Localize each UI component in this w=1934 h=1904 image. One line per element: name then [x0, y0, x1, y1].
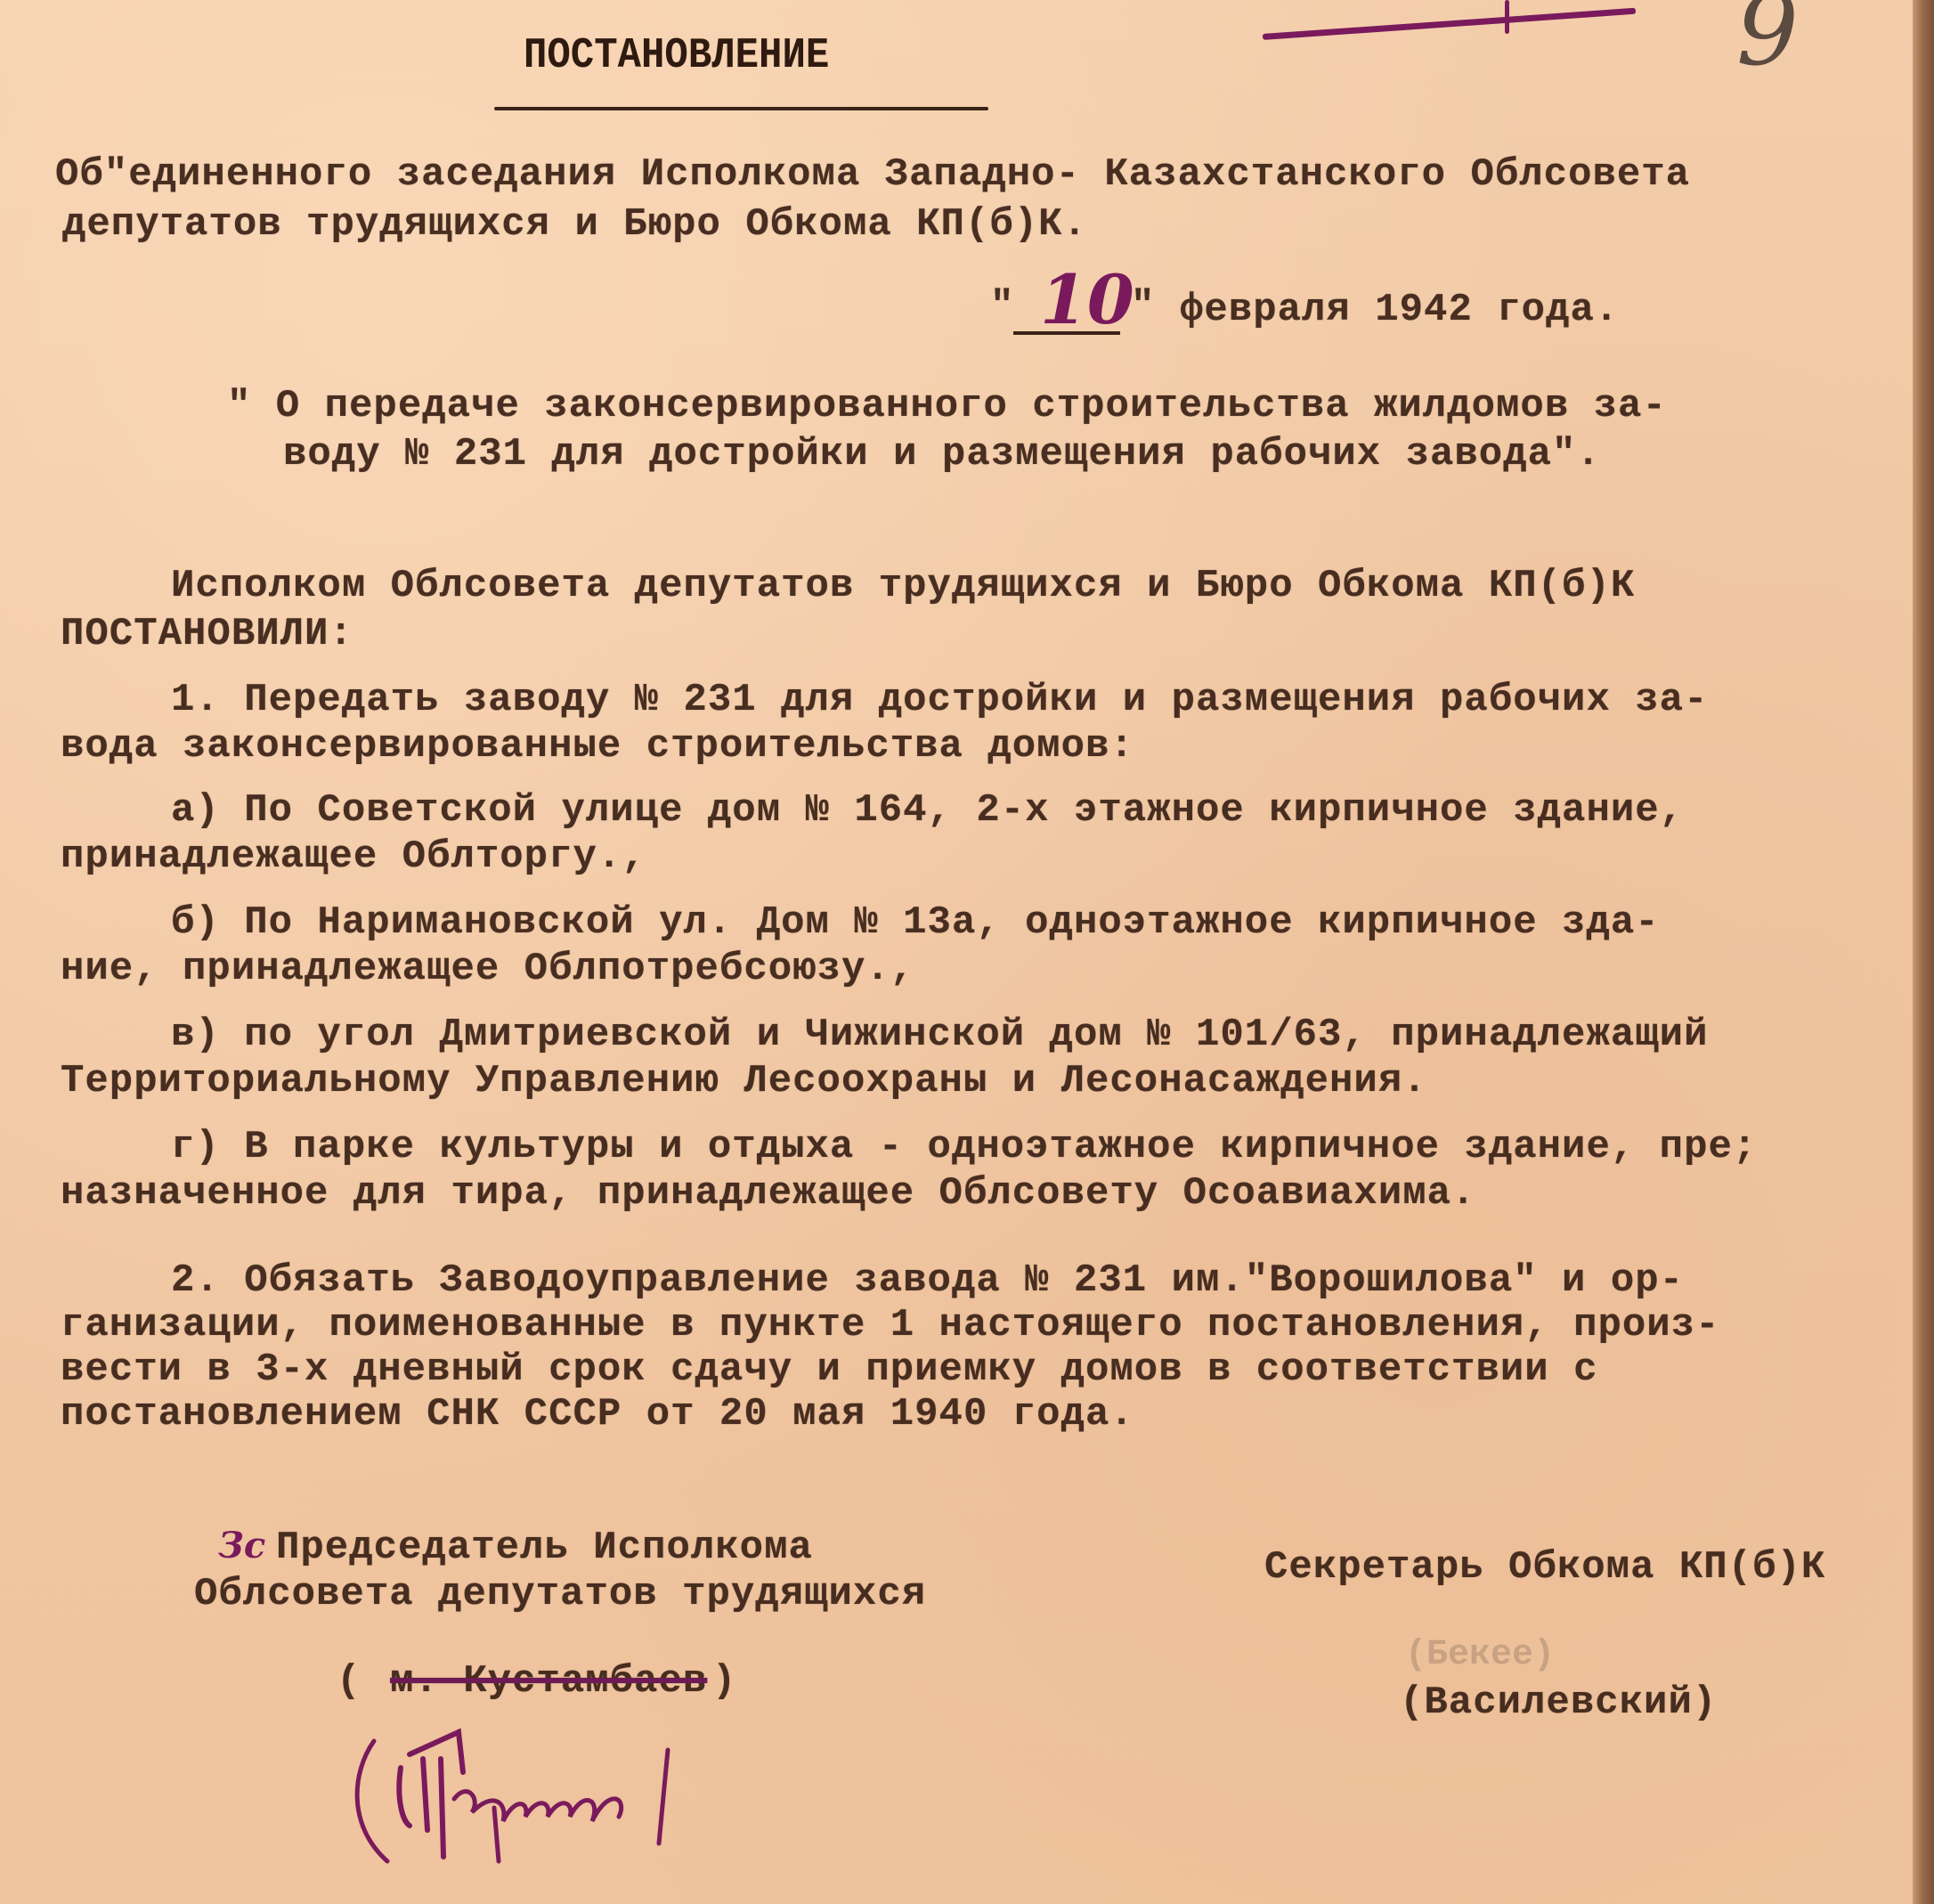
chairman-title-line-2: Облсовета депутатов трудящихся [194, 1571, 926, 1617]
subject-line-1: " О передаче законсервированного строите… [227, 383, 1667, 429]
item-1-line-1: 1. Передать заводу № 231 для достройки и… [171, 677, 1708, 723]
item-v-line-2: Территориальному Управлению Лесоохраны и… [61, 1058, 1427, 1104]
item-a-line-2: принадлежащее Облторгу., [61, 834, 646, 880]
chairman-name-struck: м. Кустамбаев [390, 1658, 707, 1705]
date-open-quote: " [990, 283, 1014, 330]
item-b-line-2: ние, принадлежащее Облпотребсоюзу., [61, 946, 914, 992]
handwritten-signature [347, 1719, 748, 1870]
handwritten-prefix: Зс [218, 1525, 265, 1566]
item-v-line-1: в) по угол Дмитриевской и Чижинской дом … [171, 1012, 1708, 1058]
chairman-title-line-1: Председатель Исполкома [276, 1525, 813, 1571]
chairman-name-close-paren: ) [712, 1658, 736, 1705]
date-day-handwritten: 10 [1040, 260, 1134, 339]
item-2-line-2: ганизации, поименованные в пункте 1 наст… [61, 1302, 1720, 1348]
item-g-line-2: назначенное для тира, принадлежащее Облс… [61, 1170, 1475, 1216]
chairman-name-open-paren: ( [337, 1658, 361, 1705]
preamble-resolved: ПОСТАНОВИЛИ: [61, 611, 353, 657]
page-number-pencil: 9 [1736, 0, 1799, 87]
secretary-title: Секретарь Обкома КП(б)К [1264, 1544, 1825, 1591]
item-g-line-1: г) В парке культуры и отдыха - одноэтажн… [171, 1124, 1757, 1170]
date-close-quote: " [1131, 283, 1155, 330]
ink-tick-mark [1505, 0, 1509, 34]
paper-edge [1913, 0, 1934, 1904]
header-line-2: депутатов трудящихся и Бюро Обкома КП(б)… [62, 201, 1087, 248]
subject-line-2: воду № 231 для достройки и размещения ра… [283, 431, 1601, 477]
item-1-line-2: вода законсервированные строительства до… [61, 723, 1134, 769]
secretary-faint-name: (Бекее) [1405, 1635, 1555, 1675]
header-line-1: Об"единенного заседания Исполкома Западн… [55, 151, 1690, 198]
secretary-name: (Василевский) [1400, 1680, 1717, 1726]
item-2-line-4: постановлением СНК СССР от 20 мая 1940 г… [61, 1391, 1134, 1437]
document-title: ПОСТАНОВЛЕНИЕ [524, 32, 829, 81]
item-b-line-1: б) По Наримановской ул. Дом № 13а, одноэ… [171, 899, 1660, 946]
date-underline [1013, 331, 1120, 335]
title-underline [494, 107, 988, 110]
date-month-year: февраля 1942 года. [1180, 287, 1619, 333]
item-2-line-1: 2. Обязать Заводоуправление завода № 231… [171, 1257, 1684, 1304]
preamble-line-1: Исполком Облсовета депутатов трудящихся … [171, 563, 1635, 609]
item-a-line-1: а) По Советской улице дом № 164, 2-х эта… [171, 787, 1684, 834]
item-2-line-3: вести в 3-х дневный срок сдачу и приемку… [61, 1347, 1597, 1393]
